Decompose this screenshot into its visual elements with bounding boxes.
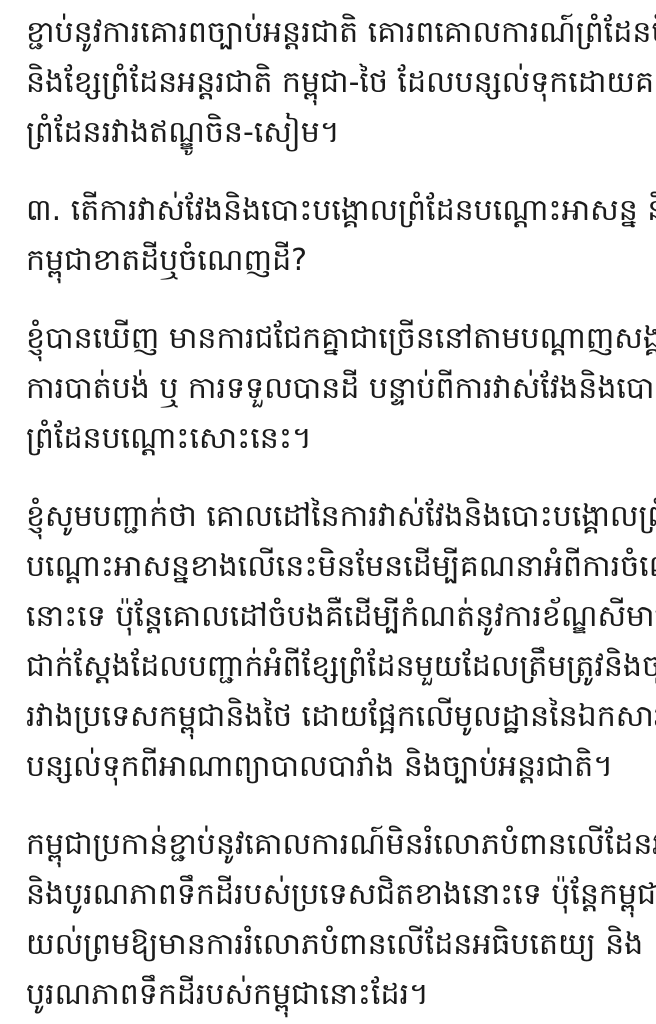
- text-line: នោះទេ ប៉ុន្តែគោលដៅចំបងគឺដើម្បីកំណត់នូវកា…: [26, 592, 632, 642]
- text-line: ជាក់ស្ដែងដែលបញ្ជាក់អំពីខ្សែព្រំដែនមួយដែល…: [26, 642, 632, 692]
- text-line: បូរណភាពទឹកដីរបស់កម្ពុជានោះដែរ។: [26, 970, 632, 1020]
- paragraph-sovereignty: កម្ពុជាប្រកាន់ខ្ជាប់នូវគោលការណ៍មិនរំលោភប…: [26, 820, 632, 1020]
- paragraph-clarification: ខ្ញុំសូមបញ្ជាក់ថា គោលដៅនៃការវាស់វែងនិងបោ…: [26, 492, 632, 792]
- text-line: បណ្ដោះអាសន្នខាងលើនេះមិនមែនដើម្បីគណនាអំពី…: [26, 542, 632, 592]
- text-line: ព្រំដែនបណ្ដោះសោះនេះ។: [26, 414, 632, 464]
- text-line: បន្សល់ទុកពីអាណាព្យាបាលបារាំង និងច្បាប់អន…: [26, 742, 632, 792]
- document-page: ខ្ជាប់នូវការគោរពច្បាប់អន្តរជាតិ គោរពគោលក…: [0, 0, 656, 1024]
- paragraph-question-3: ៣. តើការវាស់វែងនិងបោះបង្គោលព្រំដែនបណ្ដោះ…: [26, 186, 632, 286]
- text-line: កម្ពុជាខាតដីឬចំណេញដី?: [26, 236, 632, 286]
- text-line: រវាងប្រទេសកម្ពុជានិងថៃ ដោយផ្អែកលើមូលដ្ឋា…: [26, 692, 632, 742]
- text-line: ខ្ញុំសូមបញ្ជាក់ថា គោលដៅនៃការវាស់វែងនិងបោ…: [26, 492, 632, 542]
- text-line: និងខ្សែព្រំដែនអន្តរជាតិ កម្ពុជា-ថៃ ដែលបន…: [26, 58, 632, 108]
- text-line: ខ្ញុំបានឃើញ មានការជជែកគ្នាជាច្រើននៅតាមបណ…: [26, 314, 632, 364]
- text-line: ខ្ជាប់នូវការគោរពច្បាប់អន្តរជាតិ គោរពគោលក…: [26, 8, 632, 58]
- text-line: ការបាត់បង់ ឬ ការទទួលបានដី បន្ទាប់ពីការវា…: [26, 364, 632, 414]
- paragraph-intro: ខ្ជាប់នូវការគោរពច្បាប់អន្តរជាតិ គោរពគោលក…: [26, 8, 632, 158]
- text-line: កម្ពុជាប្រកាន់ខ្ជាប់នូវគោលការណ៍មិនរំលោភប…: [26, 820, 632, 870]
- text-line: និងបូរណភាពទឹកដីរបស់ប្រទេសជិតខាងនោះទេ ប៉ុ…: [26, 870, 632, 920]
- text-line: យល់ព្រមឱ្យមានការរំលោភបំពានលើដែនអធិបតេយ្យ…: [26, 920, 632, 970]
- text-line: ព្រំដែនរវាងឥណ្ឌូចិន-សៀម។: [26, 108, 632, 158]
- text-line: ៣. តើការវាស់វែងនិងបោះបង្គោលព្រំដែនបណ្ដោះ…: [26, 186, 632, 236]
- paragraph-social-media: ខ្ញុំបានឃើញ មានការជជែកគ្នាជាច្រើននៅតាមបណ…: [26, 314, 632, 464]
